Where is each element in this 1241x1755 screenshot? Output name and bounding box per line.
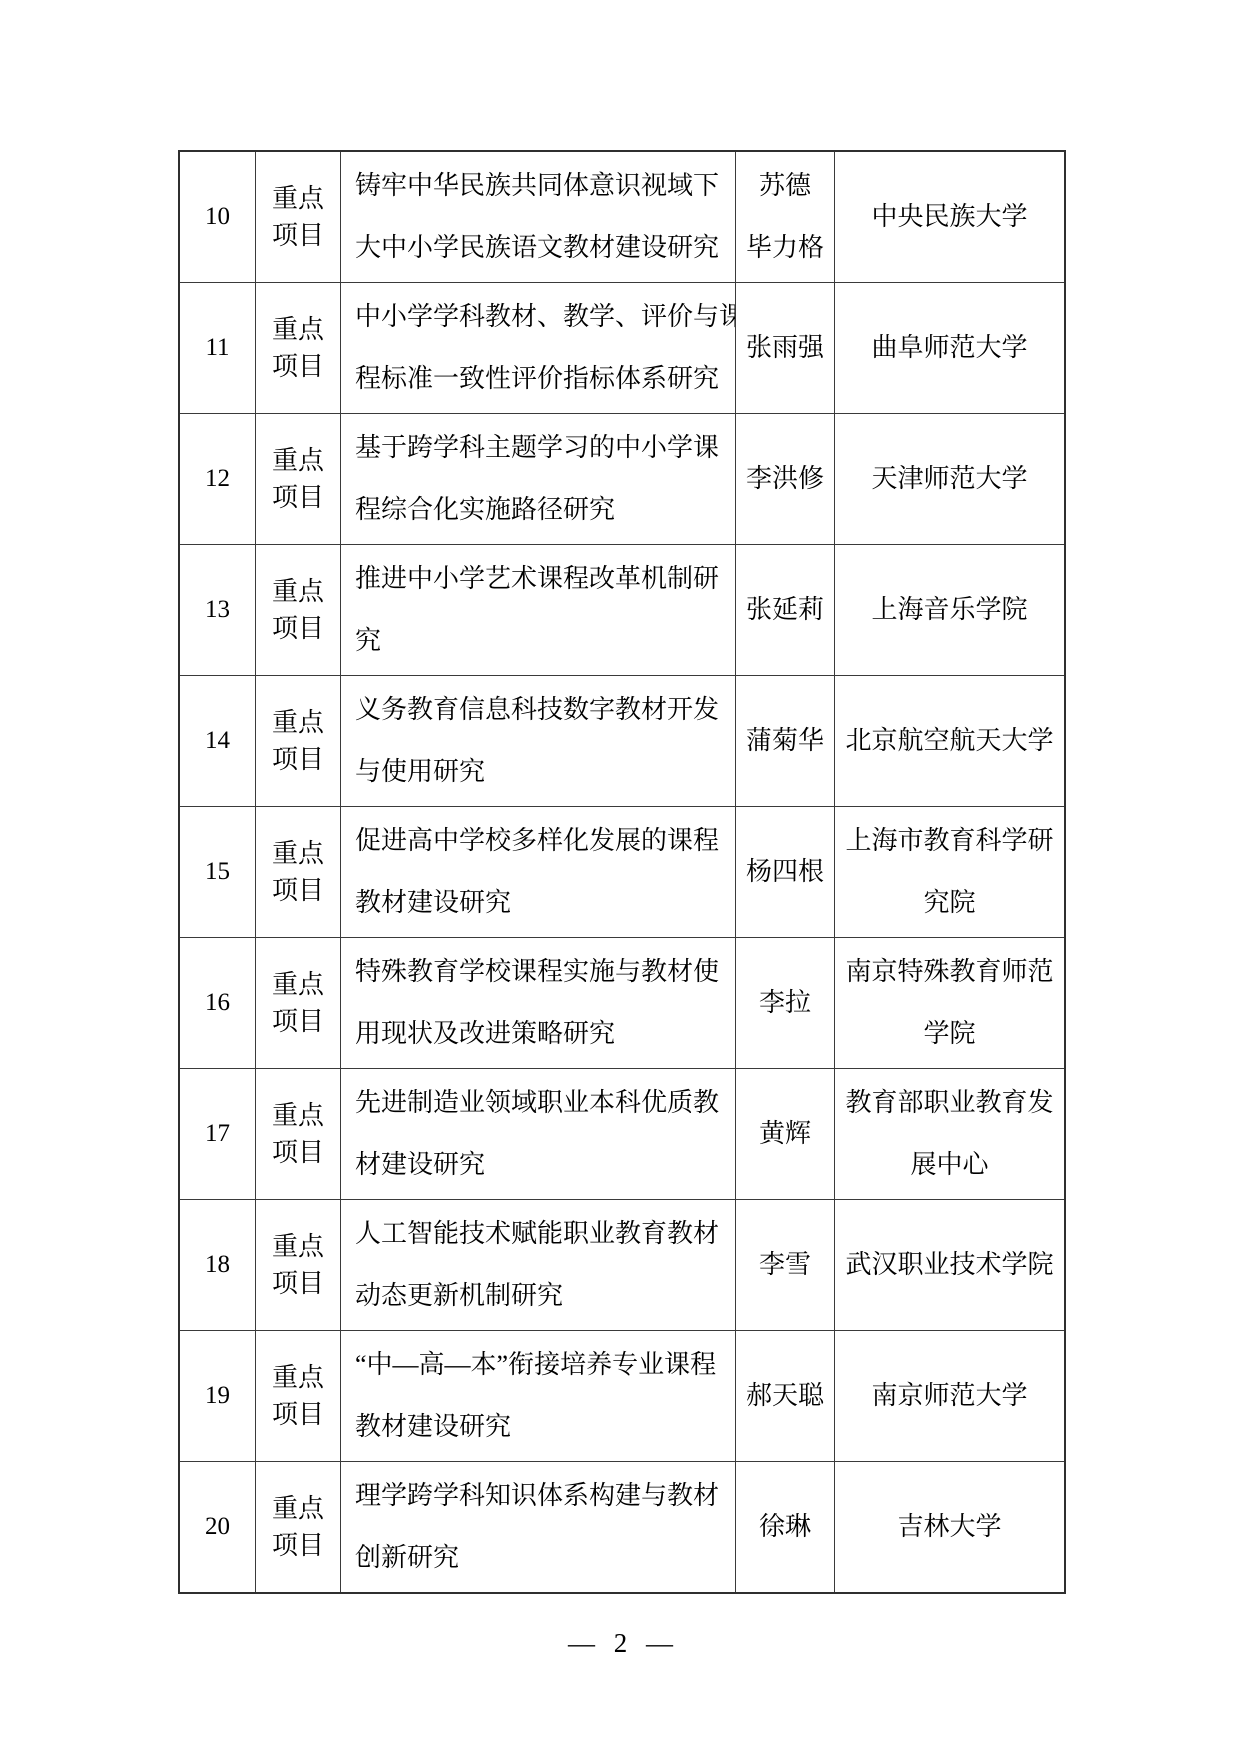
project-leader: 蒲菊华 [735, 676, 834, 806]
project-leader: 李洪修 [735, 414, 834, 544]
project-title: 人工智能技术赋能职业教育教材动态更新机制研究 [340, 1200, 735, 1330]
table-row: 10 重点项目 铸牢中华民族共同体意识视域下大中小学民族语文教材建设研究 苏德毕… [180, 152, 1064, 282]
table-row: 20 重点项目 理学跨学科知识体系构建与教材创新研究 徐琳 吉林大学 [180, 1461, 1064, 1592]
institution: 南京师范大学 [834, 1331, 1064, 1461]
project-title: 促进高中学校多样化发展的课程教材建设研究 [340, 807, 735, 937]
row-number: 16 [180, 938, 255, 1068]
table-row: 16 重点项目 特殊教育学校课程实施与教材使用现状及改进策略研究 李拉 南京特殊… [180, 937, 1064, 1068]
row-number: 20 [180, 1462, 255, 1592]
table-row: 19 重点项目 “中—高—本”衔接培养专业课程教材建设研究 郝天聪 南京师范大学 [180, 1330, 1064, 1461]
institution: 上海音乐学院 [834, 545, 1064, 675]
project-title: 中小学学科教材、教学、评价与课程标准一致性评价指标体系研究 [340, 283, 735, 413]
page-number: — 2 — [0, 1628, 1241, 1659]
project-leader: 郝天聪 [735, 1331, 834, 1461]
project-title: 基于跨学科主题学习的中小学课程综合化实施路径研究 [340, 414, 735, 544]
institution: 吉林大学 [834, 1462, 1064, 1592]
table-row: 11 重点项目 中小学学科教材、教学、评价与课程标准一致性评价指标体系研究 张雨… [180, 282, 1064, 413]
project-title: 理学跨学科知识体系构建与教材创新研究 [340, 1462, 735, 1592]
project-title: 特殊教育学校课程实施与教材使用现状及改进策略研究 [340, 938, 735, 1068]
row-number: 17 [180, 1069, 255, 1199]
institution: 天津师范大学 [834, 414, 1064, 544]
project-leader: 张延莉 [735, 545, 834, 675]
project-type: 重点项目 [255, 152, 340, 282]
project-title: 推进中小学艺术课程改革机制研究 [340, 545, 735, 675]
project-title: “中—高—本”衔接培养专业课程教材建设研究 [340, 1331, 735, 1461]
project-leader: 李拉 [735, 938, 834, 1068]
table-row: 14 重点项目 义务教育信息科技数字教材开发与使用研究 蒲菊华 北京航空航天大学 [180, 675, 1064, 806]
institution: 武汉职业技术学院 [834, 1200, 1064, 1330]
row-number: 12 [180, 414, 255, 544]
table-row: 17 重点项目 先进制造业领域职业本科优质教材建设研究 黄辉 教育部职业教育发展… [180, 1068, 1064, 1199]
row-number: 15 [180, 807, 255, 937]
project-type: 重点项目 [255, 283, 340, 413]
project-type: 重点项目 [255, 414, 340, 544]
row-number: 14 [180, 676, 255, 806]
table-row: 18 重点项目 人工智能技术赋能职业教育教材动态更新机制研究 李雪 武汉职业技术… [180, 1199, 1064, 1330]
institution: 南京特殊教育师范学院 [834, 938, 1064, 1068]
project-type: 重点项目 [255, 676, 340, 806]
project-leader: 徐琳 [735, 1462, 834, 1592]
project-leader: 李雪 [735, 1200, 834, 1330]
projects-table: 10 重点项目 铸牢中华民族共同体意识视域下大中小学民族语文教材建设研究 苏德毕… [178, 150, 1066, 1594]
institution: 教育部职业教育发展中心 [834, 1069, 1064, 1199]
institution: 北京航空航天大学 [834, 676, 1064, 806]
row-number: 10 [180, 152, 255, 282]
row-number: 13 [180, 545, 255, 675]
project-type: 重点项目 [255, 1069, 340, 1199]
table-row: 12 重点项目 基于跨学科主题学习的中小学课程综合化实施路径研究 李洪修 天津师… [180, 413, 1064, 544]
table-row: 15 重点项目 促进高中学校多样化发展的课程教材建设研究 杨四根 上海市教育科学… [180, 806, 1064, 937]
project-type: 重点项目 [255, 807, 340, 937]
institution: 中央民族大学 [834, 152, 1064, 282]
project-title: 铸牢中华民族共同体意识视域下大中小学民族语文教材建设研究 [340, 152, 735, 282]
row-number: 18 [180, 1200, 255, 1330]
project-type: 重点项目 [255, 1200, 340, 1330]
project-type: 重点项目 [255, 938, 340, 1068]
project-type: 重点项目 [255, 1462, 340, 1592]
project-type: 重点项目 [255, 1331, 340, 1461]
row-number: 11 [180, 283, 255, 413]
table-row: 13 重点项目 推进中小学艺术课程改革机制研究 张延莉 上海音乐学院 [180, 544, 1064, 675]
project-title: 先进制造业领域职业本科优质教材建设研究 [340, 1069, 735, 1199]
institution: 曲阜师范大学 [834, 283, 1064, 413]
document-page: 10 重点项目 铸牢中华民族共同体意识视域下大中小学民族语文教材建设研究 苏德毕… [0, 0, 1241, 1755]
row-number: 19 [180, 1331, 255, 1461]
project-leader: 张雨强 [735, 283, 834, 413]
project-type: 重点项目 [255, 545, 340, 675]
project-leader: 黄辉 [735, 1069, 834, 1199]
project-leader: 苏德毕力格 [735, 152, 834, 282]
institution: 上海市教育科学研究院 [834, 807, 1064, 937]
project-leader: 杨四根 [735, 807, 834, 937]
project-title: 义务教育信息科技数字教材开发与使用研究 [340, 676, 735, 806]
